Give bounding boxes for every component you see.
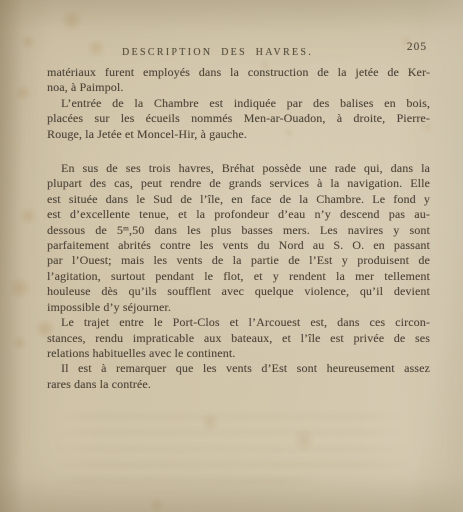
text-line: plupart des cas, peut rendre de grands s… xyxy=(47,176,430,191)
running-header-title: DESCRIPTION DES HAVRES. xyxy=(122,47,313,58)
paragraph: En sus de ses trois havres, Bréhat possè… xyxy=(47,161,430,315)
text-line: parfaitement abrités contre les vents du… xyxy=(47,238,430,253)
text-line: Le trajet entre le Port-Clos et l’Arcoue… xyxy=(47,315,430,330)
text-line: matériaux furent employés dans la constr… xyxy=(47,65,430,80)
foxing-spot xyxy=(8,276,32,300)
bleed-through-text xyxy=(52,429,409,436)
page-body: matériaux furent employés dans la constr… xyxy=(47,65,430,392)
text-line: l’agitation, surtout pendant le flot, et… xyxy=(47,269,430,284)
paragraph: Le trajet entre le Port-Clos et l’Arcoue… xyxy=(47,315,430,361)
text-line: Il est à remarquer que les vents d’Est s… xyxy=(47,361,430,376)
foxing-spot xyxy=(200,412,220,432)
foxing-spot xyxy=(60,8,84,32)
paragraph: matériaux furent employés dans la constr… xyxy=(47,65,430,96)
text-line: houleuse dès qu’ils soufflent avec quelq… xyxy=(47,284,430,299)
foxing-spot xyxy=(148,496,166,512)
text-line: placées sur les écueils nommés Men-ar-Ou… xyxy=(47,111,430,126)
text-line: L’entrée de la Chambre est indiquée par … xyxy=(47,96,430,111)
bleed-through-text xyxy=(52,413,409,420)
text-line: stances, rendu impraticable aux bateaux,… xyxy=(47,331,430,346)
text-line: noa, à Paimpol. xyxy=(47,80,430,95)
text-line: relations habituelles avec le continent. xyxy=(47,346,430,361)
text-line: rares dans la contrée. xyxy=(47,377,430,392)
paragraph: L’entrée de la Chambre est indiquée par … xyxy=(47,96,430,142)
running-header: DESCRIPTION DES HAVRES. 205 xyxy=(0,42,463,56)
foxing-spot xyxy=(292,428,316,452)
text-line: est située dans le Sud de l’île, en face… xyxy=(47,192,430,207)
foxing-spot xyxy=(18,206,38,226)
foxing-spot xyxy=(12,335,28,351)
scanned-book-page: DESCRIPTION DES HAVRES. 205 matériaux fu… xyxy=(0,0,463,512)
bleed-through-text xyxy=(52,461,409,468)
text-line: par l’Ouest; mais les vents de la partie… xyxy=(47,253,430,268)
text-line: dessous de 5ᵐ,50 dans les plus basses me… xyxy=(47,223,430,238)
foxing-spot xyxy=(14,84,32,102)
text-line: impossible d’y séjourner. xyxy=(47,300,430,315)
text-line: est d’excellente tenue, et la profondeur… xyxy=(47,207,430,222)
text-line: En sus de ses trois havres, Bréhat possè… xyxy=(47,161,430,176)
text-line: Rouge, la Jetée et Moncel-Hir, à gauche. xyxy=(47,127,430,142)
page-number: 205 xyxy=(407,41,427,53)
paragraph: Il est à remarquer que les vents d’Est s… xyxy=(47,361,430,392)
bleed-through-text xyxy=(52,477,323,484)
bleed-through-text xyxy=(52,445,409,452)
